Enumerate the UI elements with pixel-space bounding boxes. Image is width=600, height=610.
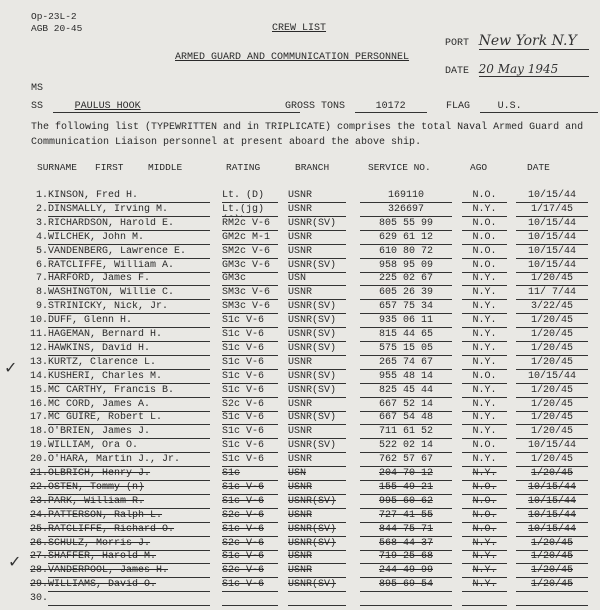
crew-name-text: WASHINGTON, Willie C. bbox=[48, 287, 174, 298]
table-row: 22.OSTEN, Tommy (n)S1c V-6USNR155 49 21N… bbox=[0, 482, 600, 496]
crew-branch: USNR bbox=[288, 190, 346, 203]
row-number: 21. bbox=[26, 468, 48, 479]
row-number-text: 2. bbox=[36, 204, 48, 215]
crew-ago: N.Y. bbox=[462, 329, 507, 342]
crew-service-no: 895 69 54 bbox=[360, 579, 452, 592]
row-number-text: 25. bbox=[30, 524, 48, 535]
row-number: 13. bbox=[26, 357, 48, 368]
crew-name-text: WILCHEK, John M. bbox=[48, 232, 144, 243]
crew-rating-text: GM3c bbox=[222, 273, 246, 284]
table-row: 8.WASHINGTON, Willie C.SM3c V-6USNR605 2… bbox=[0, 287, 600, 301]
row-number-text: 11. bbox=[30, 329, 48, 340]
crew-ago: N.Y. bbox=[462, 551, 507, 564]
table-row: 20.O'HARA, Martin J., Jr.S1c V-6USNR762 … bbox=[0, 454, 600, 468]
crew-ago-text: N.Y. bbox=[472, 565, 496, 576]
crew-ago-text: N.O. bbox=[472, 524, 496, 535]
crew-service-no: 605 26 39 bbox=[360, 287, 452, 300]
crew-name: RICHARDSON, Harold E. bbox=[48, 218, 210, 231]
row-number: 20. bbox=[26, 454, 48, 465]
crew-ago: N.Y. bbox=[462, 468, 507, 481]
row-number: 29. bbox=[26, 579, 48, 590]
crew-rating-text: S2c V-6 bbox=[222, 538, 264, 549]
row-number: 18. bbox=[26, 426, 48, 437]
crew-name-text: WILLIAM, Ora O. bbox=[48, 440, 138, 451]
row-number-text: 6. bbox=[36, 260, 48, 271]
crew-service-no: 805 55 99 bbox=[360, 218, 452, 231]
gross-tons-label: GROSS TONS bbox=[285, 101, 345, 112]
crew-branch: USNR bbox=[288, 357, 346, 370]
crew-date-text: 1/20/45 bbox=[531, 454, 573, 465]
crew-date-text: 1/20/45 bbox=[531, 385, 573, 396]
crew-rating-text: S1c V-6 bbox=[222, 440, 264, 451]
form-code-2: AGB 20-45 bbox=[31, 23, 82, 35]
crew-name-text: DINSMALLY, Irving M. bbox=[48, 204, 168, 215]
crew-ago-text: N.O. bbox=[472, 232, 496, 243]
col-first: FIRST bbox=[95, 162, 124, 173]
crew-rating: S1c V-6 bbox=[222, 524, 278, 537]
row-number: 1. bbox=[26, 190, 48, 201]
crew-name-text: O'HARA, Martin J., Jr. bbox=[48, 454, 180, 465]
crew-branch-text: USNR(SV) bbox=[288, 260, 336, 271]
crew-rating: S1c V-6 bbox=[222, 357, 278, 370]
crew-ago-text: N.Y. bbox=[472, 301, 496, 312]
crew-rating-text: S1c bbox=[222, 468, 240, 479]
crew-service-no-text: 844 75 71 bbox=[379, 524, 433, 535]
col-middle: MIDDLE bbox=[148, 162, 182, 173]
crew-date-text: 10/15/44 bbox=[528, 190, 576, 201]
crew-service-no-text: 727 41 55 bbox=[379, 510, 433, 521]
crew-date-text: 10/15/44 bbox=[528, 482, 576, 493]
crew-name: PARK, William R. bbox=[48, 496, 210, 509]
crew-service-no-text: 244 49 99 bbox=[379, 565, 433, 576]
crew-ago: N.Y. bbox=[462, 538, 507, 551]
crew-date-text: 1/17/45 bbox=[531, 204, 573, 215]
crew-name-text: KINSON, Fred H. bbox=[48, 190, 138, 201]
crew-name-text: HAGEMAN, Bernard H. bbox=[48, 329, 162, 340]
crew-rating: Lt. (D) bbox=[222, 190, 278, 203]
row-number: 19. bbox=[26, 440, 48, 451]
crew-branch bbox=[288, 593, 346, 606]
crew-name: SHAFFER, Harold M. bbox=[48, 551, 210, 564]
crew-ago: N.O. bbox=[462, 260, 507, 273]
table-row: 10.DUFF, Glenn H.S1c V-6USNR(SV)935 06 1… bbox=[0, 315, 600, 329]
crew-ago-text: N.Y. bbox=[472, 287, 496, 298]
row-number: 8. bbox=[26, 287, 48, 298]
crew-name: DUFF, Glenn H. bbox=[48, 315, 210, 328]
row-number-text: 13. bbox=[30, 357, 48, 368]
crew-date: 10/15/44 bbox=[516, 246, 588, 259]
crew-rating: S1c V-6 bbox=[222, 371, 278, 384]
crew-date-text: 10/15/44 bbox=[528, 260, 576, 271]
crew-rating: S1c V-6 bbox=[222, 454, 278, 467]
crew-service-no: 719 25 68 bbox=[360, 551, 452, 564]
row-number-text: 5. bbox=[36, 246, 48, 257]
crew-date: 1/20/45 bbox=[516, 385, 588, 398]
crew-service-no-text: 805 55 99 bbox=[379, 218, 433, 229]
crew-name-text: PARK, William R. bbox=[48, 496, 144, 507]
crew-branch: USNR(SV) bbox=[288, 329, 346, 342]
crew-service-no: 727 41 55 bbox=[360, 510, 452, 523]
crew-name: KUSHERI, Charles M. bbox=[48, 371, 210, 384]
crew-date-text: 1/20/45 bbox=[531, 273, 573, 284]
crew-ago: N.Y. bbox=[462, 454, 507, 467]
crew-branch: USNR(SV) bbox=[288, 343, 346, 356]
crew-date: 11/ 7/44 bbox=[516, 287, 588, 300]
crew-service-no-text: 204 70 12 bbox=[379, 468, 433, 479]
crew-date: 1/20/45 bbox=[516, 343, 588, 356]
table-row: 24.PATTERSON, Ralph L.S2c V-6USNR727 41 … bbox=[0, 510, 600, 524]
crew-rating: SM3c V-6 bbox=[222, 287, 278, 300]
crew-service-no-text: 326697 bbox=[388, 204, 424, 215]
row-number: 15. bbox=[26, 385, 48, 396]
row-number: 14. bbox=[26, 371, 48, 382]
crew-name-text: VANDERPOOL, James H. bbox=[48, 565, 168, 576]
date-field: DATE 20 May 1945 bbox=[445, 60, 589, 78]
crew-branch-text: USNR bbox=[288, 190, 312, 201]
crew-rating-text: RM2c V-6 bbox=[222, 218, 270, 229]
crew-date: 10/15/44 bbox=[516, 218, 588, 231]
crew-service-no-text: 568 44 37 bbox=[379, 538, 433, 549]
crew-branch: USNR(SV) bbox=[288, 218, 346, 231]
row-number: 27. bbox=[26, 551, 48, 562]
crew-date-text: 11/ 7/44 bbox=[528, 287, 576, 298]
crew-ago-text: N.O. bbox=[472, 371, 496, 382]
row-number: 28. bbox=[26, 565, 48, 576]
crew-date: 10/15/44 bbox=[516, 232, 588, 245]
crew-ago-text: N.Y. bbox=[472, 551, 496, 562]
table-row: 14.KUSHERI, Charles M.S1c V-6USNR(SV)955… bbox=[0, 371, 600, 385]
crew-name: HAWKINS, David H. bbox=[48, 343, 210, 356]
crew-branch-text: USNR(SV) bbox=[288, 440, 336, 451]
checkmark-icon: ✓ bbox=[8, 552, 21, 571]
gross-tons-value: 10172 bbox=[355, 101, 427, 113]
crew-branch: USNR bbox=[288, 426, 346, 439]
crew-ago: N.O. bbox=[462, 232, 507, 245]
row-number: 24. bbox=[26, 510, 48, 521]
crew-rating-text: S1c V-6 bbox=[222, 426, 264, 437]
flag-value: U.S. bbox=[480, 101, 598, 113]
crew-service-no-text: 762 57 67 bbox=[379, 454, 433, 465]
crew-ago-text: N.Y. bbox=[472, 538, 496, 549]
crew-service-no-text: 895 69 54 bbox=[379, 579, 433, 590]
crew-service-no: 326697 bbox=[360, 204, 452, 217]
crew-rating: S1c V-6 bbox=[222, 343, 278, 356]
crew-service-no: 610 80 72 bbox=[360, 246, 452, 259]
crew-rating: Lt.(jg) (C)L bbox=[222, 204, 278, 217]
crew-service-no: 568 44 37 bbox=[360, 538, 452, 551]
crew-date: 1/20/45 bbox=[516, 468, 588, 481]
crew-rating: S1c V-6 bbox=[222, 579, 278, 592]
crew-service-no-text: 958 95 09 bbox=[379, 260, 433, 271]
crew-ago-text: N.Y. bbox=[472, 426, 496, 437]
crew-service-no: 815 44 65 bbox=[360, 329, 452, 342]
row-number: 5. bbox=[26, 246, 48, 257]
table-row: 16.MC CORD, James A.S2c V-6USNR667 52 14… bbox=[0, 399, 600, 413]
crew-branch: USNR bbox=[288, 482, 346, 495]
crew-rating-text: SM3c V-6 bbox=[222, 301, 270, 312]
crew-rating-text: SM2c V-6 bbox=[222, 246, 270, 257]
row-number: 10. bbox=[26, 315, 48, 326]
port-label: PORT bbox=[445, 38, 469, 49]
crew-rating: GM2c M-1 bbox=[222, 232, 278, 245]
crew-rating: S2c V-6 bbox=[222, 565, 278, 578]
crew-ago: N.Y. bbox=[462, 412, 507, 425]
crew-name: WILLIAMS, David O. bbox=[48, 579, 210, 592]
crew-ago bbox=[462, 593, 507, 606]
crew-name: STRINICKY, Nick, Jr. bbox=[48, 301, 210, 314]
crew-date: 1/20/45 bbox=[516, 357, 588, 370]
crew-branch-text: USNR bbox=[288, 426, 312, 437]
row-number: 12. bbox=[26, 343, 48, 354]
crew-rating-text: S1c V-6 bbox=[222, 579, 264, 590]
crew-name-text: SHAFFER, Harold M. bbox=[48, 551, 156, 562]
crew-rating-text: S2c V-6 bbox=[222, 399, 264, 410]
crew-branch-text: USNR(SV) bbox=[288, 218, 336, 229]
crew-name: DINSMALLY, Irving M. bbox=[48, 204, 210, 217]
crew-date-text: 10/15/44 bbox=[528, 218, 576, 229]
crew-date: 1/20/45 bbox=[516, 579, 588, 592]
crew-branch: USNR(SV) bbox=[288, 524, 346, 537]
table-row: 3.RICHARDSON, Harold E.RM2c V-6USNR(SV)8… bbox=[0, 218, 600, 232]
crew-rating: S2c V-6 bbox=[222, 538, 278, 551]
crew-date: 10/15/44 bbox=[516, 190, 588, 203]
crew-service-no: 629 61 12 bbox=[360, 232, 452, 245]
crew-date-text: 10/15/44 bbox=[528, 232, 576, 243]
crew-rating: S1c V-6 bbox=[222, 426, 278, 439]
crew-service-no bbox=[360, 593, 452, 606]
crew-date: 10/15/44 bbox=[516, 482, 588, 495]
crew-name-text: RICHARDSON, Harold E. bbox=[48, 218, 174, 229]
crew-date: 1/17/45 bbox=[516, 204, 588, 217]
crew-branch-text: USNR bbox=[288, 204, 312, 215]
table-row: 28.VANDERPOOL, James H.S2c V-6USNR244 49… bbox=[0, 565, 600, 579]
crew-branch: USNR(SV) bbox=[288, 301, 346, 314]
row-number-text: 28. bbox=[30, 565, 48, 576]
crew-name: OSTEN, Tommy (n) bbox=[48, 482, 210, 495]
crew-rating-text: S1c V-6 bbox=[222, 385, 264, 396]
crew-ago: N.Y. bbox=[462, 426, 507, 439]
crew-date-text: 1/20/45 bbox=[531, 579, 573, 590]
crew-name-text: MC GUIRE, Robert L. bbox=[48, 412, 162, 423]
crew-name-text: VANDENBERG, Lawrence E. bbox=[48, 246, 186, 257]
row-number-text: 14. bbox=[30, 371, 48, 382]
crew-date: 1/20/45 bbox=[516, 273, 588, 286]
crew-branch-text: USNR bbox=[288, 357, 312, 368]
crew-ago-text: N.O. bbox=[472, 218, 496, 229]
crew-name-text: WILLIAMS, David O. bbox=[48, 579, 156, 590]
crew-ago: N.Y. bbox=[462, 301, 507, 314]
crew-rating-text: S1c V-6 bbox=[222, 454, 264, 465]
table-row: 19.WILLIAM, Ora O.S1c V-6USNR(SV)522 02 … bbox=[0, 440, 600, 454]
crew-rating-text: S1c V-6 bbox=[222, 343, 264, 354]
crew-rating-text: S1c V-6 bbox=[222, 315, 264, 326]
crew-date-text: 10/15/44 bbox=[528, 496, 576, 507]
crew-rating-text: S2c V-6 bbox=[222, 510, 264, 521]
crew-service-no: 995 60 62 bbox=[360, 496, 452, 509]
crew-ago: N.O. bbox=[462, 524, 507, 537]
row-number: 17. bbox=[26, 412, 48, 423]
crew-rating: S1c V-6 bbox=[222, 315, 278, 328]
row-number: 22. bbox=[26, 482, 48, 493]
flag-field: FLAG U.S. bbox=[446, 95, 598, 113]
row-number-text: 23. bbox=[30, 496, 48, 507]
crew-date-text: 1/20/45 bbox=[531, 426, 573, 437]
crew-branch: USNR bbox=[288, 232, 346, 245]
crew-ago-text: N.Y. bbox=[472, 579, 496, 590]
row-number: 6. bbox=[26, 260, 48, 271]
crew-date: 10/15/44 bbox=[516, 510, 588, 523]
crew-date: 10/15/44 bbox=[516, 260, 588, 273]
checkmark-icon: ✓ bbox=[4, 358, 17, 377]
crew-rating-text: GM2c M-1 bbox=[222, 232, 270, 243]
crew-name-text: KUSHERI, Charles M. bbox=[48, 371, 162, 382]
crew-date: 3/22/45 bbox=[516, 301, 588, 314]
gross-tons-field: GROSS TONS 10172 bbox=[285, 95, 427, 113]
crew-service-no: 667 54 48 bbox=[360, 412, 452, 425]
row-number-text: 10. bbox=[30, 315, 48, 326]
crew-date: 1/20/45 bbox=[516, 565, 588, 578]
crew-rating bbox=[222, 593, 278, 606]
crew-branch-text: USNR bbox=[288, 551, 312, 562]
crew-name-text: STRINICKY, Nick, Jr. bbox=[48, 301, 168, 312]
crew-name-text: PATTERSON, Ralph L. bbox=[48, 510, 162, 521]
col-surname: SURNAME bbox=[37, 162, 77, 173]
row-number-text: 21. bbox=[30, 468, 48, 479]
crew-list-document: Op-23L-2 AGB 20-45 CREW LIST ARMED GUARD… bbox=[0, 0, 600, 610]
crew-name-text: SCHULZ, Morris J. bbox=[48, 538, 150, 549]
crew-ago-text: N.Y. bbox=[472, 315, 496, 326]
crew-branch-text: USNR(SV) bbox=[288, 301, 336, 312]
crew-branch: USNR(SV) bbox=[288, 385, 346, 398]
crew-date: 10/15/44 bbox=[516, 440, 588, 453]
row-number: 11. bbox=[26, 329, 48, 340]
crew-ago-text: N.Y. bbox=[472, 385, 496, 396]
crew-ago: N.Y. bbox=[462, 343, 507, 356]
row-number-text: 7. bbox=[36, 273, 48, 284]
crew-rating: S1c V-6 bbox=[222, 385, 278, 398]
crew-ago: N.O. bbox=[462, 371, 507, 384]
crew-branch-text: USNR(SV) bbox=[288, 579, 336, 590]
crew-rating-text: S1c V-6 bbox=[222, 357, 264, 368]
table-row: 27.SHAFFER, Harold M.S1c V-6USNR719 25 6… bbox=[0, 551, 600, 565]
table-row: 23.PARK, William R.S1c V-6USNR(SV)995 60… bbox=[0, 496, 600, 510]
row-number: 7. bbox=[26, 273, 48, 284]
table-row: 2.DINSMALLY, Irving M.Lt.(jg) (C)LUSNR32… bbox=[0, 204, 600, 218]
crew-branch-text: USNR(SV) bbox=[288, 385, 336, 396]
crew-branch: USNR(SV) bbox=[288, 440, 346, 453]
crew-name: VANDERPOOL, James H. bbox=[48, 565, 210, 578]
crew-name-text: MC CORD, James A. bbox=[48, 399, 150, 410]
crew-ago-text: N.O. bbox=[472, 510, 496, 521]
crew-service-no-text: 995 60 62 bbox=[379, 496, 433, 507]
crew-ago-text: N.Y. bbox=[472, 343, 496, 354]
crew-service-no-text: 610 80 72 bbox=[379, 246, 433, 257]
crew-date-text: 1/20/45 bbox=[531, 399, 573, 410]
crew-branch-text: USNR(SV) bbox=[288, 371, 336, 382]
crew-service-no: 825 45 44 bbox=[360, 385, 452, 398]
crew-name-text: OSTEN, Tommy (n) bbox=[48, 482, 144, 493]
crew-service-no: 265 74 67 bbox=[360, 357, 452, 370]
crew-date-text: 1/20/45 bbox=[531, 357, 573, 368]
crew-service-no-text: 815 44 65 bbox=[379, 329, 433, 340]
crew-ago-text: N.Y. bbox=[472, 468, 496, 479]
crew-ago-text: N.O. bbox=[472, 246, 496, 257]
crew-branch-text: USNR bbox=[288, 399, 312, 410]
crew-rating-text: S1c V-6 bbox=[222, 496, 264, 507]
crew-rating: S2c V-6 bbox=[222, 510, 278, 523]
row-number: 2. bbox=[26, 204, 48, 215]
row-number-text: 27. bbox=[30, 551, 48, 562]
crew-ago-text: N.Y. bbox=[472, 454, 496, 465]
crew-service-no: 522 02 14 bbox=[360, 440, 452, 453]
row-number-text: 1. bbox=[36, 190, 48, 201]
crew-name: VANDENBERG, Lawrence E. bbox=[48, 246, 210, 259]
crew-branch: USNR(SV) bbox=[288, 496, 346, 509]
crew-ago-text: N.Y. bbox=[472, 273, 496, 284]
crew-ago: N.Y. bbox=[462, 565, 507, 578]
crew-date: 1/20/45 bbox=[516, 315, 588, 328]
crew-rating: RM2c V-6 bbox=[222, 218, 278, 231]
crew-rating: S1c V-6 bbox=[222, 412, 278, 425]
crew-service-no: 575 15 05 bbox=[360, 343, 452, 356]
row-number-text: 29. bbox=[30, 579, 48, 590]
row-number-text: 16. bbox=[30, 399, 48, 410]
crew-date: 1/20/45 bbox=[516, 412, 588, 425]
crew-ago: N.Y. bbox=[462, 204, 507, 217]
crew-name: PATTERSON, Ralph L. bbox=[48, 510, 210, 523]
crew-service-no-text: 575 15 05 bbox=[379, 343, 433, 354]
table-row: 29.WILLIAMS, David O.S1c V-6USNR(SV)895 … bbox=[0, 579, 600, 593]
crew-rating: S1c V-6 bbox=[222, 496, 278, 509]
crew-name-text: O'BRIEN, James J. bbox=[48, 426, 150, 437]
row-number-text: 3. bbox=[36, 218, 48, 229]
crew-ago: N.Y. bbox=[462, 273, 507, 286]
crew-branch: USNR bbox=[288, 287, 346, 300]
flag-label: FLAG bbox=[446, 101, 470, 112]
ms-label: MS bbox=[31, 83, 43, 94]
row-number-text: 9. bbox=[36, 301, 48, 312]
crew-rating: SM3c V-6 bbox=[222, 301, 278, 314]
crew-ago: N.Y. bbox=[462, 357, 507, 370]
crew-name: WILCHEK, John M. bbox=[48, 232, 210, 245]
crew-branch-text: USNR bbox=[288, 510, 312, 521]
col-rating: RATING bbox=[226, 162, 260, 173]
crew-date: 1/20/45 bbox=[516, 426, 588, 439]
crew-ago-text: N.Y. bbox=[472, 412, 496, 423]
crew-branch-text: USNR(SV) bbox=[288, 412, 336, 423]
crew-branch-text: USNR bbox=[288, 232, 312, 243]
port-field: PORT New York N.Y bbox=[445, 32, 589, 50]
crew-name: HARFORD, James F. bbox=[48, 273, 210, 286]
table-row: 5.VANDENBERG, Lawrence E.SM2c V-6USNR610… bbox=[0, 246, 600, 260]
crew-ago: N.Y. bbox=[462, 287, 507, 300]
crew-branch: USNR bbox=[288, 510, 346, 523]
crew-service-no: 935 06 11 bbox=[360, 315, 452, 328]
crew-service-no: 844 75 71 bbox=[360, 524, 452, 537]
port-value: New York N.Y bbox=[479, 33, 589, 50]
table-row: 26.SCHULZ, Morris J.S2c V-6USNR(SV)568 4… bbox=[0, 538, 600, 552]
crew-service-no: 204 70 12 bbox=[360, 468, 452, 481]
crew-name: WASHINGTON, Willie C. bbox=[48, 287, 210, 300]
crew-rating: GM3c V-6 bbox=[222, 260, 278, 273]
row-number-text: 19. bbox=[30, 440, 48, 451]
crew-service-no: 711 61 52 bbox=[360, 426, 452, 439]
crew-name-text: MC CARTHY, Francis B. bbox=[48, 385, 174, 396]
crew-branch-text: USNR(SV) bbox=[288, 343, 336, 354]
form-codes: Op-23L-2 AGB 20-45 bbox=[31, 11, 82, 35]
crew-rating: S1c V-6 bbox=[222, 482, 278, 495]
crew-service-no-text: 225 02 67 bbox=[379, 273, 433, 284]
